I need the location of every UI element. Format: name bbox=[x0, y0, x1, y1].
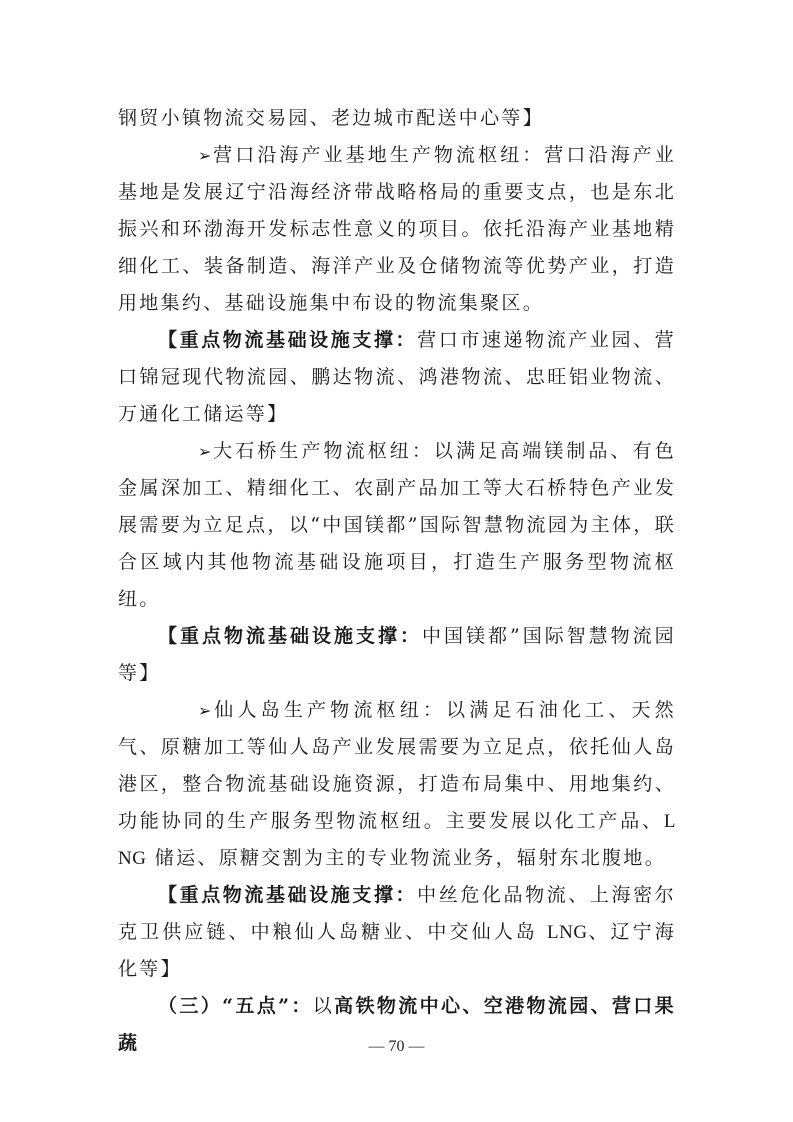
bullet-dashiqiao-hub: ➢大石桥生产物流枢纽：以满足高端镁制品、有色金属深加工、精细化工、农副产品加工等… bbox=[118, 433, 676, 618]
paragraph-text: 钢贸小镇物流交易园、老边城市配送中心等】 bbox=[118, 107, 544, 129]
support-infrastructure-xianrendao: 【重点物流基础设施支撑：中丝危化品物流、上海密尔克卫供应链、中粮仙人岛糖业、中交… bbox=[118, 877, 676, 988]
bullet-xianrendao-hub: ➢仙人岛生产物流枢纽：以满足石油化工、天然气、原糖加工等仙人岛产业发展需要为立足… bbox=[118, 692, 676, 877]
arrow-bullet-icon: ➢ bbox=[158, 692, 211, 729]
arrow-bullet-icon: ➢ bbox=[158, 137, 211, 174]
section-heading-label: （三）“五点”： bbox=[158, 995, 313, 1017]
support-label: 【重点物流基础设施支撑： bbox=[158, 625, 422, 647]
document-body: 钢贸小镇物流交易园、老边城市配送中心等】 ➢营口沿海产业基地生产物流枢纽：营口沿… bbox=[118, 100, 676, 1062]
support-infrastructure-dashiqiao: 【重点物流基础设施支撑：中国镁都”国际智慧物流园等】 bbox=[118, 618, 676, 692]
bullet-yingkou-coastal-hub: ➢营口沿海产业基地生产物流枢纽：营口沿海产业基地是发展辽宁沿海经济带战略格局的重… bbox=[118, 137, 676, 322]
support-text-latin: LNG bbox=[547, 922, 588, 943]
support-label: 【重点物流基础设施支撑： bbox=[158, 884, 417, 906]
support-infrastructure-yingkou-coastal: 【重点物流基础设施支撑：营口市速递物流产业园、营口锦冠现代物流园、鹏达物流、鸿港… bbox=[118, 322, 676, 433]
support-label: 【重点物流基础设施支撑： bbox=[158, 329, 417, 351]
paragraph-text: 储运、原糖交割为主的专业物流业务，辐射东北腹地。 bbox=[146, 847, 666, 869]
section-heading-connector: 以 bbox=[313, 995, 334, 1017]
page-number: — 70 — bbox=[0, 1038, 793, 1056]
paragraph-continuation: 钢贸小镇物流交易园、老边城市配送中心等】 bbox=[118, 100, 676, 137]
arrow-bullet-icon: ➢ bbox=[158, 433, 211, 470]
